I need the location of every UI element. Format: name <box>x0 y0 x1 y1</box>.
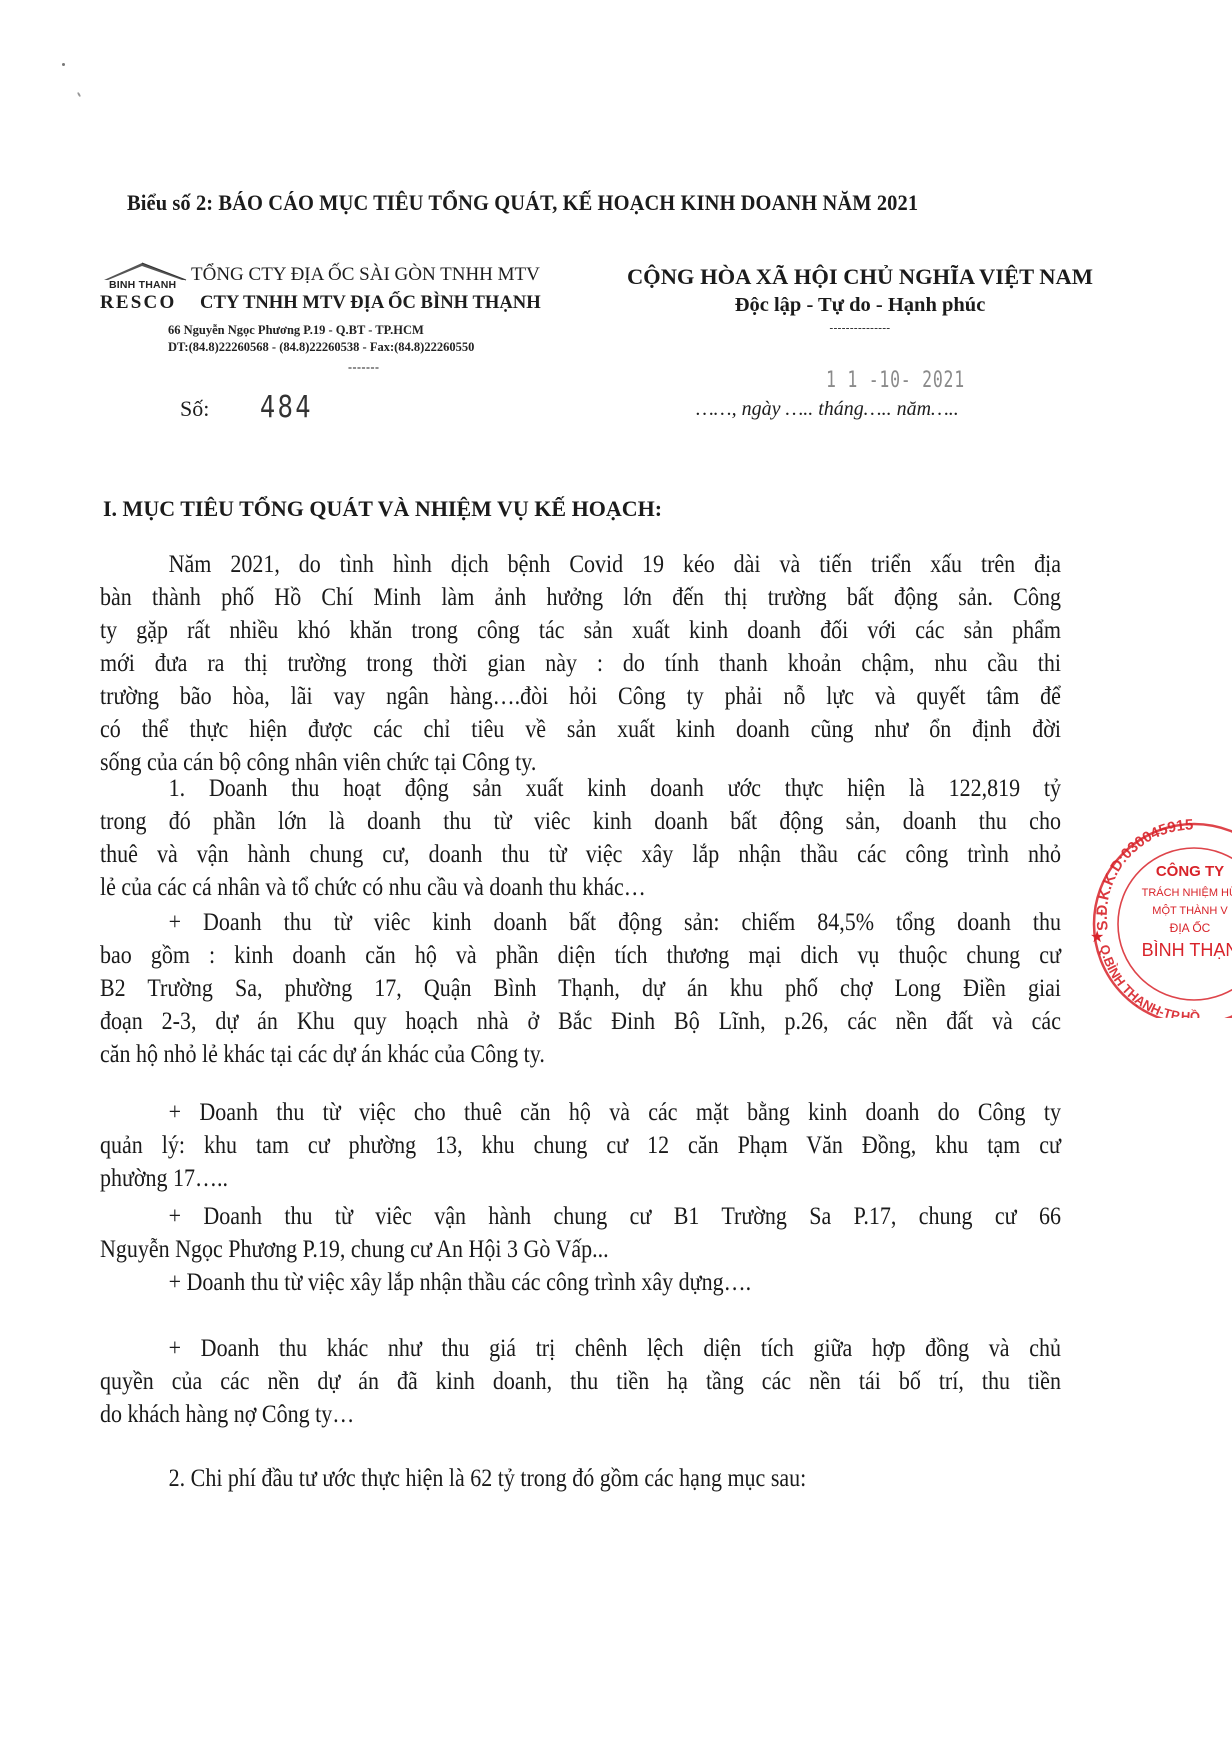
paragraph: Năm 2021, do tình hình dịch bệnh Covid 1… <box>100 548 1060 779</box>
divider: ------- <box>348 360 379 375</box>
national-header: CỘNG HÒA XÃ HỘI CHỦ NGHĨA VIỆT NAM Độc l… <box>600 262 1120 335</box>
text-line: + Doanh thu khác như thu giá trị chênh l… <box>100 1332 1061 1365</box>
text-line: ty gặp rất nhiều khó khăn trong công tác… <box>100 614 1061 647</box>
text-line: căn hộ nhỏ lẻ khác tại các dự án khác củ… <box>100 1038 1061 1071</box>
seal-icon: S.Đ.K.K.D:030045915 Q.BÌNH THẠNH-TP.HỒ ★… <box>1078 818 1232 1018</box>
text-line: lẻ của các cá nhân và tổ chức có nhu cầu… <box>100 871 1061 904</box>
paragraph: 2. Chi phí đầu tư ước thực hiện là 62 tỷ… <box>100 1462 1060 1495</box>
paragraph: 1. Doanh thu hoạt động sản xuất kinh doa… <box>100 772 1060 904</box>
text-line: có thể thực hiện được các chỉ tiêu về sả… <box>100 713 1061 746</box>
section-title: I. MỤC TIÊU TỔNG QUÁT VÀ NHIỆM VỤ KẾ HOẠ… <box>103 496 662 522</box>
paragraph: + Doanh thu từ viêc kinh doanh bất động … <box>100 906 1060 1071</box>
date-line: ……, ngày ….. tháng….. năm….. <box>696 398 959 421</box>
text-line: quyền của các nền dự án đã kinh doanh, t… <box>100 1365 1061 1398</box>
text-line: 2. Chi phí đầu tư ước thực hiện là 62 tỷ… <box>100 1462 1061 1495</box>
svg-text:ĐỊA ỐC: ĐỊA ỐC <box>1170 920 1211 935</box>
text-line: Năm 2021, do tình hình dịch bệnh Covid 1… <box>100 548 1061 581</box>
scan-speck <box>77 92 81 97</box>
scan-speck <box>62 63 65 66</box>
nation-motto: Độc lập - Tự do - Hạnh phúc <box>600 291 1120 319</box>
date-stamp: 1 1 -10- 2021 <box>826 368 965 393</box>
text-line: thuê và vận hành chung cư, doanh thu từ … <box>100 838 1061 871</box>
paragraph: + Doanh thu từ việc cho thuê căn hộ và c… <box>100 1096 1060 1195</box>
document-heading: Biểu số 2: BÁO CÁO MỤC TIÊU TỔNG QUÁT, K… <box>127 190 1020 216</box>
company-phone: DT:(84.8)22260568 - (84.8)22260538 - Fax… <box>168 340 474 355</box>
text-line: B2 Trường Sa, phường 17, Quận Bình Thạnh… <box>100 972 1061 1005</box>
text-line: trong đó phần lớn là doanh thu từ viêc k… <box>100 805 1061 838</box>
logo-text: BINH THANH <box>109 279 176 291</box>
company-name: CTY TNHH MTV ĐỊA ỐC BÌNH THẠNH <box>200 292 541 314</box>
paragraph: + Doanh thu khác như thu giá trị chênh l… <box>100 1332 1060 1431</box>
company-address: 66 Nguyễn Ngọc Phương P.19 - Q.BT - TP.H… <box>168 323 424 338</box>
text-line: bao gồm : kinh doanh căn hộ và phần diện… <box>100 939 1061 972</box>
svg-text:★: ★ <box>1090 927 1104 946</box>
document-number-label: Số: <box>180 396 209 422</box>
svg-text:CÔNG TY: CÔNG TY <box>1156 862 1224 880</box>
text-line: phường 17….. <box>100 1162 1061 1195</box>
text-line: bàn thành phố Hồ Chí Minh làm ảnh hưởng … <box>100 581 1061 614</box>
text-line: trường bão hòa, lãi vay ngân hàng….đòi h… <box>100 680 1061 713</box>
nation-title: CỘNG HÒA XÃ HỘI CHỦ NGHĨA VIỆT NAM <box>600 262 1120 292</box>
text-line: quản lý: khu tam cư phường 13, khu chung… <box>100 1129 1061 1162</box>
svg-text:MỘT THÀNH V: MỘT THÀNH V <box>1152 904 1228 917</box>
paragraph: + Doanh thu từ việc xây lắp nhận thầu cá… <box>100 1266 1060 1299</box>
text-line: + Doanh thu từ viêc vận hành chung cư B1… <box>100 1200 1061 1233</box>
paragraph: + Doanh thu từ viêc vận hành chung cư B1… <box>100 1200 1060 1266</box>
company-seal: S.Đ.K.K.D:030045915 Q.BÌNH THẠNH-TP.HỒ ★… <box>1078 818 1232 1018</box>
svg-text:BÌNH THẠN: BÌNH THẠN <box>1142 940 1232 960</box>
text-line: + Doanh thu từ việc xây lắp nhận thầu cá… <box>100 1266 1061 1299</box>
divider: --------------- <box>600 321 1120 335</box>
text-line: Nguyễn Ngọc Phương P.19, chung cư An Hội… <box>100 1233 1061 1266</box>
text-line: + Doanh thu từ viêc kinh doanh bất động … <box>100 906 1061 939</box>
text-line: mới đưa ra thị trường trong thời gian nà… <box>100 647 1061 680</box>
text-line: 1. Doanh thu hoạt động sản xuất kinh doa… <box>100 772 1061 805</box>
resco-wordmark: RESCO <box>100 292 176 314</box>
company-logo: BINH THANH <box>102 260 188 290</box>
parent-company-name: TỔNG CTY ĐỊA ỐC SÀI GÒN TNHH MTV <box>191 264 540 286</box>
text-line: + Doanh thu từ việc cho thuê căn hộ và c… <box>100 1096 1061 1129</box>
svg-text:TRÁCH NHIỆM HỮ: TRÁCH NHIỆM HỮ <box>1142 886 1232 899</box>
text-line: do khách hàng nợ Công ty… <box>100 1398 1061 1431</box>
document-number: 484 <box>260 390 313 425</box>
text-line: đoạn 2-3, dự án Khu quy hoạch nhà ở Bắc … <box>100 1005 1061 1038</box>
